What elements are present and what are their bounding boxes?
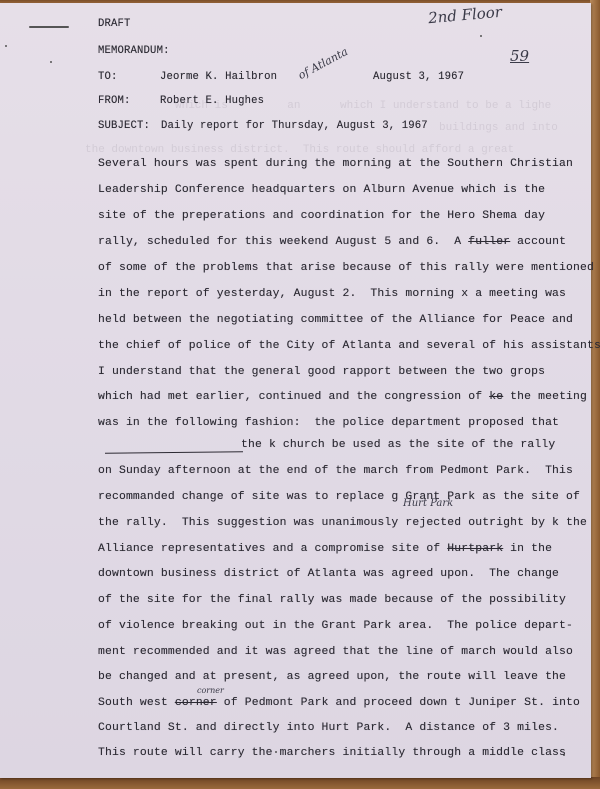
struck-word: fuller — [468, 236, 510, 248]
body-line: which had met earlier, continued and the… — [98, 391, 587, 403]
body-text: South west — [98, 697, 168, 709]
from-sender: Robert E. Hughes — [160, 95, 264, 107]
body-line: the k church be used as the site of the … — [241, 439, 555, 451]
paper-speck — [5, 45, 7, 47]
body-line: the chief of police of the City of Atlan… — [98, 340, 600, 352]
from-label: FROM: — [98, 95, 131, 107]
to-recipient: Jeorme K. Hailbron — [160, 71, 277, 83]
body-line: I understand that the general good rappo… — [98, 366, 545, 378]
desk-edge-right — [590, 0, 600, 789]
body-line: of violence breaking out in the Grant Pa… — [98, 620, 573, 632]
handwritten-atlanta-note: of Atlanta — [296, 45, 350, 82]
body-text: Alliance representatives and a compromis… — [98, 543, 440, 555]
body-line: of some of the problems that arise becau… — [98, 262, 594, 274]
paper-speck — [50, 61, 52, 63]
body-line: rally, scheduled for this weekend August… — [98, 236, 566, 248]
struck-word: corner — [175, 697, 217, 709]
body-line: was in the following fashion: the police… — [98, 417, 559, 429]
struck-word: Hurtpark — [447, 543, 503, 555]
body-line: Courtland St. and directly into Hurt Par… — [98, 722, 559, 734]
to-label: TO: — [98, 71, 118, 83]
body-text: rally, scheduled for this weekend August… — [98, 236, 461, 248]
body-line: be changed and at present, as agreed upo… — [98, 671, 566, 683]
body-line: on Sunday afternoon at the end of the ma… — [98, 465, 573, 477]
memo-page: which is an which I understand to be a l… — [0, 3, 591, 778]
blank-fill-in-line — [105, 451, 243, 453]
body-line: South west corner of Pedmont Park and pr… — [98, 697, 580, 709]
body-text: in the — [503, 543, 552, 555]
memorandum-label: MEMORANDUM: — [98, 45, 170, 57]
body-text: account — [510, 236, 566, 248]
body-line: Alliance representatives and a compromis… — [98, 543, 552, 555]
body-text: the meeting — [503, 391, 587, 403]
subject-label: SUBJECT: — [98, 120, 150, 132]
body-line: Leadership Conference headquarters on Al… — [98, 184, 545, 196]
handwritten-page-number: 59 — [510, 47, 529, 65]
body-line: downtown business district of Atlanta wa… — [98, 568, 559, 580]
body-line: recommanded change of site was to replac… — [98, 491, 580, 503]
body-line: Several hours was spent during the morni… — [98, 158, 573, 170]
struck-word: ke — [489, 391, 503, 403]
desk-edge-bottom — [0, 777, 600, 789]
body-text: of Pedmont Park and proceed down t Junip… — [217, 697, 580, 709]
body-text: which had met earlier, continued and the… — [98, 391, 482, 403]
bleed-through-line: the downtown business district. This rou… — [85, 144, 514, 156]
draft-label: DRAFT — [98, 18, 131, 30]
body-line: held between the negotiating committee o… — [98, 314, 573, 326]
subject-value: Daily report for Thursday, August 3, 196… — [161, 120, 428, 132]
body-line: of the site for the final rally was made… — [98, 594, 566, 606]
body-line: site of the preperations and coordinatio… — [98, 210, 545, 222]
body-line: the rally. This suggestion was unanimous… — [98, 517, 587, 529]
handwritten-corner-correction: corner — [197, 686, 224, 695]
body-line: in the report of yesterday, August 2. Th… — [98, 288, 566, 300]
handwritten-floor-note: 2nd Floor — [427, 3, 502, 27]
paper-speck — [480, 35, 482, 37]
pen-dash-mark — [29, 26, 69, 28]
memo-date: August 3, 1967 — [373, 71, 464, 83]
body-line: This route will carry the marchers initi… — [98, 747, 566, 759]
body-line: ment recommended and it was agreed that … — [98, 646, 573, 658]
